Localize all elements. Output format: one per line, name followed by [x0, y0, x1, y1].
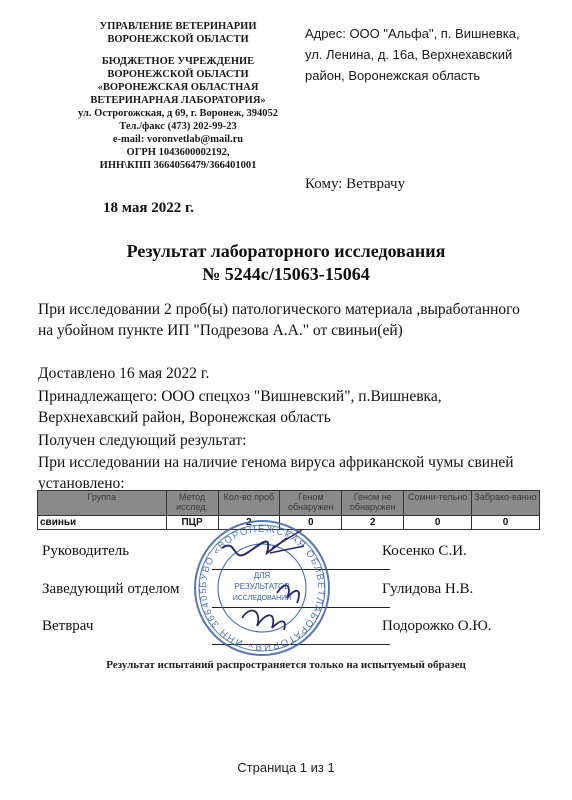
signature-name: Подорожко О.Ю.: [382, 618, 492, 635]
org-line: ВОРОНЕЖСКОЙ ОБЛАСТИ: [48, 68, 308, 81]
document-date: 18 мая 2022 г.: [103, 200, 194, 217]
org-line: «ВОРОНЕЖСКАЯ ОБЛАСТНАЯ: [48, 81, 308, 94]
org-email: e-mail: voronvetlab@mail.ru: [48, 133, 308, 146]
cell-genome-not-detected: 2: [342, 516, 404, 530]
column-header: Геном не обнаружен: [342, 491, 404, 516]
org-line: ВОРОНЕЖСКОЙ ОБЛАСТИ: [48, 33, 308, 46]
column-header: Группа: [38, 491, 167, 516]
svg-text:ДЛЯ: ДЛЯ: [254, 571, 271, 580]
stamp-icon: БУВО «ВОРОНЕЖСКАЯ ОБЛВЕТЛАБОРАТОРИЯ» ИНН…: [192, 518, 332, 658]
cell-rejected: 0: [472, 516, 540, 530]
column-header: Геном обнаружен: [280, 491, 342, 516]
cell-group: свиньи: [38, 516, 167, 530]
document-title: Результат лабораторного исследования № 5…: [0, 240, 572, 286]
paragraph-owner: Принадлежащего: ООО спецхоз "Вишневский"…: [38, 386, 538, 428]
org-phone: Тел./факс (473) 202-99-23: [48, 120, 308, 133]
address-line: район, Воронежская область: [305, 65, 565, 86]
table-header-row: Группа Метод исслед. Кол-во проб Геном о…: [38, 491, 540, 516]
paragraph-result-intro: Получен следующий результат:: [38, 430, 538, 451]
column-header: Кол-во проб: [218, 491, 280, 516]
org-address: ул. Острогожская, д 69, г. Воронеж, 3940…: [48, 107, 308, 120]
address-line: ул. Ленина, д. 16а, Верхнехавский: [305, 44, 565, 65]
cell-doubtful: 0: [404, 516, 472, 530]
address-line: Адрес: ООО "Альфа", п. Вишневка,: [305, 23, 565, 44]
signature-name: Косенко С.И.: [382, 543, 467, 560]
signature-role: Ветврач: [42, 618, 93, 635]
svg-text:ИССЛЕДОВАНИЙ: ИССЛЕДОВАНИЙ: [233, 593, 292, 602]
signature-role: Заведующий отделом: [42, 581, 179, 598]
paragraph-asf-test: При исследовании на наличие генома вирус…: [38, 452, 538, 494]
document-number: № 5244с/15063-15064: [0, 263, 572, 286]
column-header: Забрако-ванно: [472, 491, 540, 516]
paragraph-samples: При исследовании 2 проб(ы) патологическо…: [38, 299, 538, 341]
column-header: Сомни-тельно: [404, 491, 472, 516]
disclaimer-text: Результат испытаний распространяется тол…: [0, 659, 572, 671]
official-stamp: БУВО «ВОРОНЕЖСКАЯ ОБЛВЕТЛАБОРАТОРИЯ» ИНН…: [192, 518, 332, 658]
title-line: Результат лабораторного исследования: [0, 240, 572, 263]
org-line: ВЕТЕРИНАРНАЯ ЛАБОРАТОРИЯ»: [48, 94, 308, 107]
organization-header: УПРАВЛЕНИЕ ВЕТЕРИНАРИИ ВОРОНЕЖСКОЙ ОБЛАС…: [48, 20, 308, 172]
signature-role: Руководитель: [42, 543, 129, 560]
column-header: Метод исслед.: [166, 491, 218, 516]
org-line: БЮДЖЕТНОЕ УЧРЕЖДЕНИЕ: [48, 55, 308, 68]
recipient-to: Кому: Ветврачу: [305, 176, 405, 193]
org-ogrn: ОГРН 1043600002192,: [48, 146, 308, 159]
org-inn: ИНН\КПП 3664056479/366401001: [48, 159, 308, 172]
recipient-address: Адрес: ООО "Альфа", п. Вишневка, ул. Лен…: [305, 23, 565, 86]
paragraph-delivered: Доставлено 16 мая 2022 г.: [38, 363, 538, 384]
page-number: Страница 1 из 1: [0, 760, 572, 775]
signature-name: Гулидова Н.В.: [382, 581, 473, 598]
org-line: УПРАВЛЕНИЕ ВЕТЕРИНАРИИ: [48, 20, 308, 33]
